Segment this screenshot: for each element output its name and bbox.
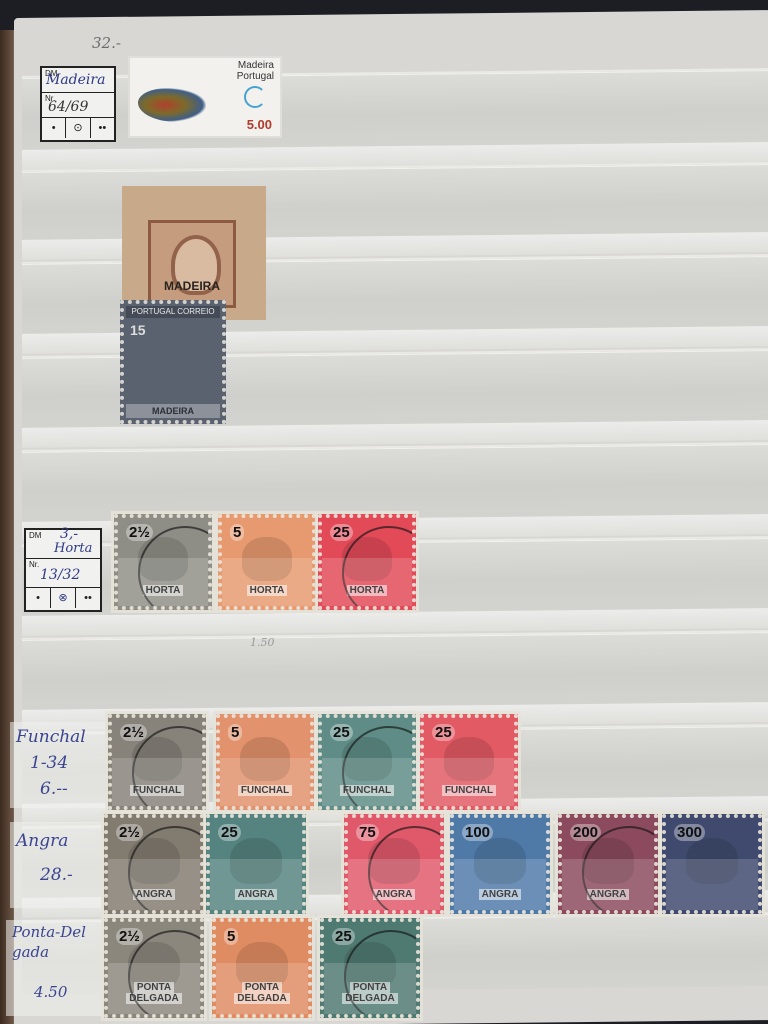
stock-strip [22, 442, 768, 524]
strip-sheen [118, 558, 208, 606]
stamp-madeira-map[interactable]: Madeira Portugal 5.00 [128, 56, 282, 138]
pencil-price-note: 1.50 [250, 636, 275, 649]
dm-caption: DM [29, 531, 41, 540]
stamp-funchal-1[interactable]: 5FUNCHAL [216, 714, 314, 810]
strip-sheen [220, 758, 310, 806]
strip-sheen [322, 558, 412, 606]
strip-sheen [666, 859, 758, 910]
stamp-value: 300 [674, 824, 705, 841]
country-handwriting: Madeira [46, 72, 105, 88]
stamp-angra-1[interactable]: 25ANGRA [206, 814, 306, 914]
angra-note: Angra 28.- [10, 822, 108, 908]
logo-icon [244, 86, 266, 108]
country-handwriting: Horta [54, 541, 92, 556]
strip-sheen [222, 558, 312, 606]
stamp-ponta-delgada-2[interactable]: 25PONTADELGADA [320, 918, 420, 1018]
header-price-note: 32.- [92, 34, 121, 52]
stamp-angra-2[interactable]: 75ANGRA [344, 814, 444, 914]
stamp-ponta-delgada-1[interactable]: 5PONTADELGADA [212, 918, 312, 1018]
stamp-ponta-delgada-0[interactable]: 2½PONTADELGADA [104, 918, 204, 1018]
stamp-value: 25 [330, 524, 353, 541]
ponta-delgada-note: Ponta-Delgada 4.50 [6, 920, 108, 1016]
stamp-value: 5 [230, 524, 244, 541]
stamp-angra-3[interactable]: 100ANGRA [450, 814, 550, 914]
strip-sheen [112, 758, 202, 806]
stamp-value: 2½ [116, 824, 143, 841]
stamp-angra-5[interactable]: 300 [662, 814, 762, 914]
mint-symbol: • [26, 588, 51, 608]
strip-sheen [322, 758, 412, 806]
mint-symbol: • [42, 118, 66, 138]
stamp-value: 15 [130, 322, 146, 338]
stamp-value: 25 [332, 928, 355, 945]
stamp-value: 5 [224, 928, 238, 945]
nr-caption: Nr. [29, 560, 39, 569]
stamp-horta-2[interactable]: 25HORTA [318, 514, 416, 610]
stamp-funchal-3[interactable]: 25FUNCHAL [420, 714, 518, 810]
stamp-value: 2½ [116, 928, 143, 945]
price-handwriting: 3,- [60, 526, 78, 542]
strip-sheen [454, 859, 546, 910]
used-symbol: ⊙ [66, 118, 90, 138]
stamp-frame: MADEIRA [148, 220, 236, 308]
overprint: MADEIRA [151, 279, 233, 293]
strip-sheen [108, 859, 200, 910]
strip-sheen [210, 859, 302, 910]
madeira-map-icon [138, 88, 206, 122]
stamp-value: 25 [330, 724, 353, 741]
stamp-header: PORTUGAL CORREIO [126, 306, 220, 318]
stamp-angra-0[interactable]: 2½ANGRA [104, 814, 204, 914]
strip-sheen [348, 859, 440, 910]
horta-label-card: DM 3,- Horta Nr. 13/32 • ⊗ •• [24, 528, 102, 612]
strip-sheen [216, 963, 308, 1014]
stamp-value: 2½ [126, 524, 153, 541]
mnh-symbol: •• [76, 588, 100, 608]
strip-sheen [324, 963, 416, 1014]
overprint: MADEIRA [126, 404, 220, 418]
stamp-funchal-0[interactable]: 2½FUNCHAL [108, 714, 206, 810]
catalog-numbers: 13/32 [40, 567, 80, 583]
stamp-funchal-2[interactable]: 25FUNCHAL [318, 714, 416, 810]
strip-sheen [108, 963, 200, 1014]
catalog-numbers: 64/69 [48, 99, 88, 115]
stamp-value: 2½ [120, 724, 147, 741]
strip-sheen [562, 859, 654, 910]
used-symbol-checked: ⊗ [51, 588, 76, 608]
stamp-value: 100 [462, 824, 493, 841]
stamp-value: 25 [218, 824, 241, 841]
strip-sheen [424, 758, 514, 806]
stamp-value: 5.00 [247, 117, 272, 132]
stamp-angra-4[interactable]: 200ANGRA [558, 814, 658, 914]
stamp-horta-1[interactable]: 5HORTA [218, 514, 316, 610]
stamp-title: Madeira Portugal [237, 60, 274, 82]
stamp-value: 75 [356, 824, 379, 841]
stamp-value: 25 [432, 724, 455, 741]
stamp-value: 5 [228, 724, 242, 741]
mnh-symbol: •• [91, 118, 114, 138]
stamp-horta-0[interactable]: 2½HORTA [114, 514, 212, 610]
funchal-note: Funchal 1-34 6.-- [10, 722, 108, 808]
stamp-madeira-ceres[interactable]: PORTUGAL CORREIO 15 MADEIRA [120, 300, 226, 424]
stock-strip [22, 630, 768, 712]
madeira-label-card: DM Madeira Nr. 64/69 • ⊙ •• [40, 66, 116, 142]
